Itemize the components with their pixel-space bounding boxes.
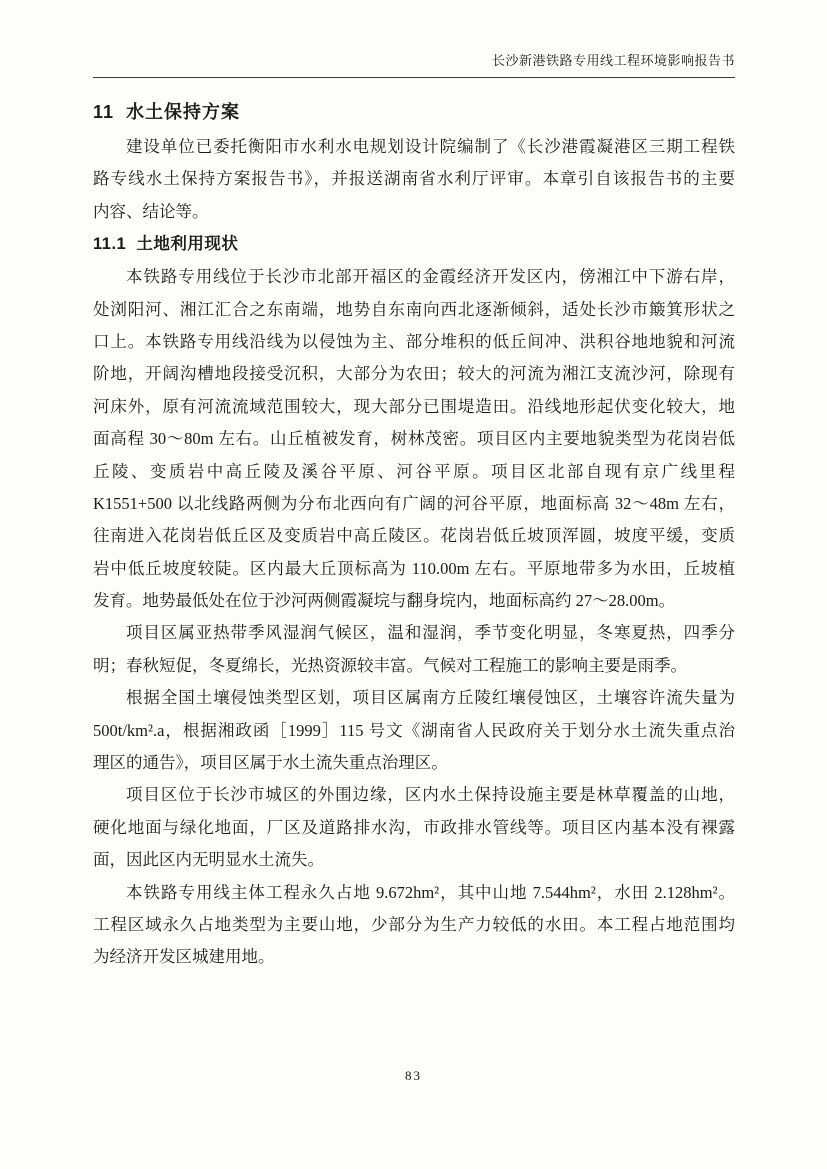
paragraph-line: 内容、结论等。 bbox=[93, 196, 735, 228]
paragraph-line: 项目区属亚热带季风湿润气候区，温和湿润，季节变化明显，冬寒夏热，四季分 bbox=[93, 617, 735, 649]
page-footer: 83 bbox=[0, 1067, 827, 1085]
paragraph-line: 项目区位于长沙市城区的外围边缘，区内水土保持设施主要是林草覆盖的山地， bbox=[93, 779, 735, 811]
paragraph-line: 往南进入花岗岩低丘区及变质岩中高丘陵区。花岗岩低丘坡顶浑圆，坡度平缓，变质 bbox=[93, 520, 735, 552]
paragraph-line: 本铁路专用线位于长沙市北部开福区的金霞经济开发区内，傍湘江中下游右岸， bbox=[93, 261, 735, 293]
page-number: 83 bbox=[405, 1068, 422, 1083]
paragraph-line: 阶地，开阔沟槽地段接受沉积，大部分为农田；较大的河流为湘江支流沙河，除现有 bbox=[93, 358, 735, 390]
document-page: 长沙新港铁路专用线工程环境影响报告书 11 水土保持方案建设单位已委托衡阳市水利… bbox=[0, 0, 827, 1169]
paragraph-line: 面高程 30～80m 左右。山丘植被发育，树林茂密。项目区内主要地貌类型为花岗岩… bbox=[93, 423, 735, 455]
document-body: 11 水土保持方案建设单位已委托衡阳市水利水电规划设计院编制了《长沙港霞凝港区三… bbox=[93, 94, 735, 974]
paragraph-line: 工程区域永久占地类型为主要山地，少部分为生产力较低的水田。本工程占地范围均 bbox=[93, 909, 735, 941]
header-divider bbox=[93, 77, 735, 78]
paragraph-line: 口上。本铁路专用线沿线为以侵蚀为主、部分堆积的低丘间冲、洪积谷地地貌和河流 bbox=[93, 326, 735, 358]
paragraph-line: 丘陵、变质岩中高丘陵及溪谷平原、河谷平原。项目区北部自现有京广线里程 bbox=[93, 456, 735, 488]
header-title: 长沙新港铁路专用线工程环境影响报告书 bbox=[93, 52, 735, 70]
paragraph-line: 明；春秋短促，冬夏绵长，光热资源较丰富。气候对工程施工的影响主要是雨季。 bbox=[93, 650, 735, 682]
page-header: 长沙新港铁路专用线工程环境影响报告书 bbox=[93, 52, 735, 78]
paragraph-line: K1551+500 以北线路两侧为分布北西向有广阔的河谷平原，地面标高 32～4… bbox=[93, 488, 735, 520]
paragraph-line: 根据全国土壤侵蚀类型区划，项目区属南方丘陵红壤侵蚀区，土壤容许流失量为 bbox=[93, 682, 735, 714]
paragraph-line: 路专线水土保持方案报告书》，并报送湖南省水利厅评审。本章引自该报告书的主要 bbox=[93, 163, 735, 195]
paragraph-line: 为经济开发区城建用地。 bbox=[93, 941, 735, 973]
section-heading: 11.1 土地利用现状 bbox=[93, 228, 735, 261]
paragraph-line: 500t/km².a，根据湘政函［1999］115 号文《湖南省人民政府关于划分… bbox=[93, 715, 735, 747]
paragraph-line: 面，因此区内无明显水土流失。 bbox=[93, 844, 735, 876]
chapter-heading: 11 水土保持方案 bbox=[93, 94, 735, 131]
paragraph-line: 发育。地势最低处在位于沙河两侧霞凝垸与翻身垸内，地面标高约 27～28.00m。 bbox=[93, 585, 735, 617]
paragraph-line: 理区的通告》，项目区属于水土流失重点治理区。 bbox=[93, 747, 735, 779]
paragraph-line: 岩中低丘坡度较陡。区内最大丘顶标高为 110.00m 左右。平原地带多为水田，丘… bbox=[93, 553, 735, 585]
paragraph-line: 处浏阳河、湘江汇合之东南端，地势自东南向西北逐渐倾斜，适处长沙市簸箕形状之 bbox=[93, 294, 735, 326]
paragraph-line: 建设单位已委托衡阳市水利水电规划设计院编制了《长沙港霞凝港区三期工程铁 bbox=[93, 131, 735, 163]
paragraph-line: 本铁路专用线主体工程永久占地 9.672hm²，其中山地 7.544hm²，水田… bbox=[93, 877, 735, 909]
paragraph-line: 硬化地面与绿化地面，厂区及道路排水沟，市政排水管线等。项目区内基本没有裸露 bbox=[93, 812, 735, 844]
paragraph-line: 河床外，原有河流流域范围较大，现大部分已围堤造田。沿线地形起伏变化较大，地 bbox=[93, 391, 735, 423]
